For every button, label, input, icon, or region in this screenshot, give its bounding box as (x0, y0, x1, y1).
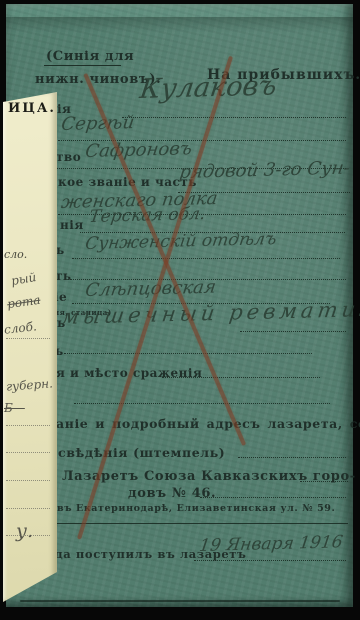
stamp-bottom-rule (56, 523, 348, 524)
strip-dotted-line (6, 480, 50, 481)
lazaret-notice-line2-line (238, 457, 346, 458)
stamp-line1-line (300, 481, 348, 482)
field-patronymic-label: тво (56, 150, 81, 164)
strip-handwriting-fragment: рота (6, 293, 41, 312)
form-type-note-line1: (Синія для (46, 49, 134, 64)
strip-dotted-line (6, 338, 50, 339)
strip-dotted-line (6, 508, 50, 509)
scanned-document: (Синія для нижн. чиновъ). На прибывшихъ.… (0, 0, 360, 620)
strip-handwriting-fragment: губерн. (6, 376, 54, 393)
field-district-line (72, 258, 340, 259)
field-village-value: Слѣпцовская (84, 277, 217, 301)
lazaret-notice-line1: аніе и подробный адресъ лазарета, сообща… (56, 416, 360, 431)
strip-handwriting-fragment: рый (10, 270, 37, 288)
field-province-label: нія (60, 218, 84, 232)
strip-handwriting-fragment: слоб. (3, 319, 37, 336)
strip-printed-fragment-top: ИЦА. (8, 101, 56, 116)
field-patronymic-value: Сафроновъ (84, 138, 193, 162)
card-bottom-seam (20, 600, 340, 602)
stamp-line2: довъ № 46. (128, 486, 216, 501)
strip-printed-fragment-mid: сло. (4, 248, 27, 261)
lazaret-notice-line2: свѣдѣнія (штемпель) (58, 445, 225, 460)
field-blank-line (64, 353, 312, 354)
admission-date-line (194, 560, 346, 561)
paper-strip: ИЦА. сло. рый рота слоб. губерн. Б— у. (3, 92, 57, 602)
strip-dotted-line (6, 452, 50, 453)
strip-handwriting-fragment: Б— (4, 401, 25, 415)
field-first-name-value: Сергѣй (60, 112, 136, 135)
strip-dotted-line (6, 535, 50, 536)
strip-dotted-line (6, 425, 50, 426)
field-battle-line2 (74, 403, 330, 404)
field-volost-label: ть (55, 269, 72, 283)
stamp-address: въ Екатеринодарѣ, Елизаветинская ул. № 5… (57, 503, 335, 514)
form-type-note-underline (44, 65, 121, 66)
field-surname-value: Кулаковъ (138, 70, 279, 105)
field-surname-line (122, 117, 346, 118)
strip-handwriting-fragment: у. (16, 520, 33, 542)
stamp-line2-line (200, 497, 346, 498)
field-diagnosis-line (240, 331, 346, 332)
field-battle-line (162, 377, 320, 378)
admission-date-value: 19 Января 1916 (198, 532, 344, 556)
card-top-shadow (6, 17, 353, 33)
